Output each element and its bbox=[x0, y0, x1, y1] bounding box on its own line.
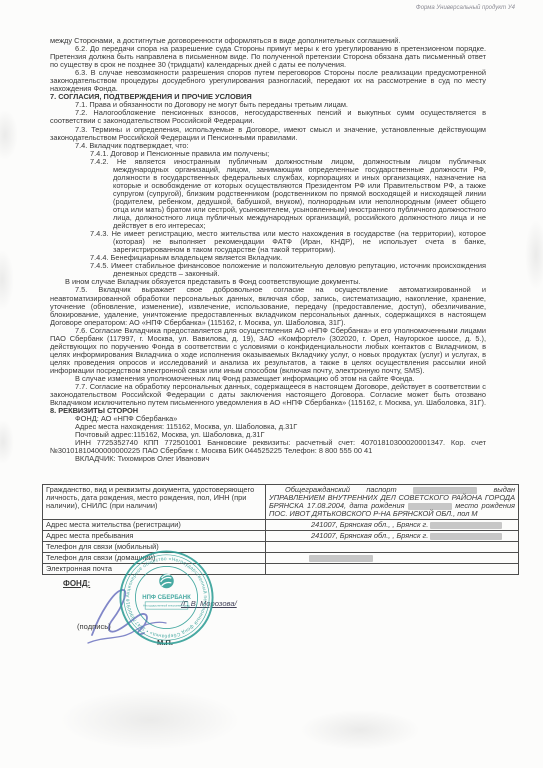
doc-paragraph-7-4-2: 7.4.2. Не является иностранным публичным… bbox=[50, 158, 486, 230]
table-row: Электронная почта bbox=[43, 564, 519, 575]
row-label: Гражданство, вид и реквизиты документа, … bbox=[43, 485, 266, 520]
scan-smudge bbox=[300, 710, 420, 750]
row-label: Адрес места жительства (регистрации) bbox=[43, 520, 266, 531]
contract-text-block: между Сторонами, а достигнутые договорен… bbox=[50, 37, 486, 463]
scan-smudge bbox=[0, 420, 14, 464]
doc-paragraph-7-5: 7.5. Вкладчик выражает свое добровольное… bbox=[50, 286, 486, 326]
stamp-title: НПФ СБЕРБАНК bbox=[142, 595, 191, 601]
doc-paragraph-7-3: 7.3. Термины и определения, используемые… bbox=[50, 126, 486, 142]
scan-smudge bbox=[0, 250, 14, 310]
redaction-box bbox=[309, 555, 373, 562]
row-value: 241007, Брянская обл., , Брянск г. bbox=[266, 520, 519, 531]
redaction-box bbox=[430, 533, 502, 540]
row-value bbox=[266, 542, 519, 553]
scan-smudge bbox=[525, 220, 543, 290]
row-value: 241007, Брянская обл., , Брянск г. bbox=[266, 531, 519, 542]
subscriber-name-line: ВКЛАДЧИК: Тихомиров Олег Иванович bbox=[50, 455, 486, 463]
scan-smudge bbox=[0, 110, 18, 160]
form-code-note: Форма Универсальный продукт У4 bbox=[416, 5, 515, 11]
fund-bank-details-line: ИНН 7725352740 КПП 772501001 Банковские … bbox=[50, 439, 486, 455]
scan-smudge bbox=[60, 690, 240, 750]
doc-paragraph-6-3: 6.3. В случае невозможности разрешения с… bbox=[50, 69, 486, 93]
table-row: Адрес места жительства (регистрации) 241… bbox=[43, 520, 519, 531]
scanned-contract-page: Форма Универсальный продукт У4 между Сто… bbox=[0, 0, 543, 768]
doc-paragraph-7-7: 7.7. Согласие на обработку персональных … bbox=[50, 383, 486, 407]
row-label: Адрес места пребывания bbox=[43, 531, 266, 542]
doc-paragraph-7-2: 7.2. Налогообложение пенсионных взносов,… bbox=[50, 109, 486, 125]
fund-round-stamp: Акционерное общество «Негосударственный … bbox=[118, 549, 215, 646]
row-value bbox=[266, 564, 519, 575]
table-row: Телефон для связи (мобильный) bbox=[43, 542, 519, 553]
address-text: 241007, Брянская обл., , Брянск г. bbox=[311, 531, 428, 540]
stamp-subtitle: Негосударственный пенсионный фонд bbox=[143, 604, 190, 608]
row-value bbox=[266, 553, 519, 564]
table-row: Гражданство, вид и реквизиты документа, … bbox=[43, 485, 519, 520]
signature-caption: (подпись) bbox=[77, 622, 111, 631]
doc-paragraph-7-4-3: 7.4.3. Не имеет регистрацию, место жител… bbox=[50, 230, 486, 254]
table-row: Адрес места пребывания 241007, Брянская … bbox=[43, 531, 519, 542]
table-row: Телефон для связи (домашний) bbox=[43, 553, 519, 564]
doc-paragraph-7-6: 7.6. Согласие Вкладчика предоставляется … bbox=[50, 327, 486, 375]
address-text: 241007, Брянская обл., , Брянск г. bbox=[311, 520, 428, 529]
redaction-box bbox=[430, 522, 502, 529]
row-value: Общегражданский паспорт выдан УПРАВЛЕНИЕ… bbox=[266, 485, 519, 520]
doc-paragraph-6-2: 6.2. До передачи спора на разрешение суд… bbox=[50, 45, 486, 69]
doc-paragraph-7-4-5: 7.4.5. Имеет стабильное финансовое полож… bbox=[50, 262, 486, 278]
subscriber-info-table: Гражданство, вид и реквизиты документа, … bbox=[42, 484, 519, 575]
